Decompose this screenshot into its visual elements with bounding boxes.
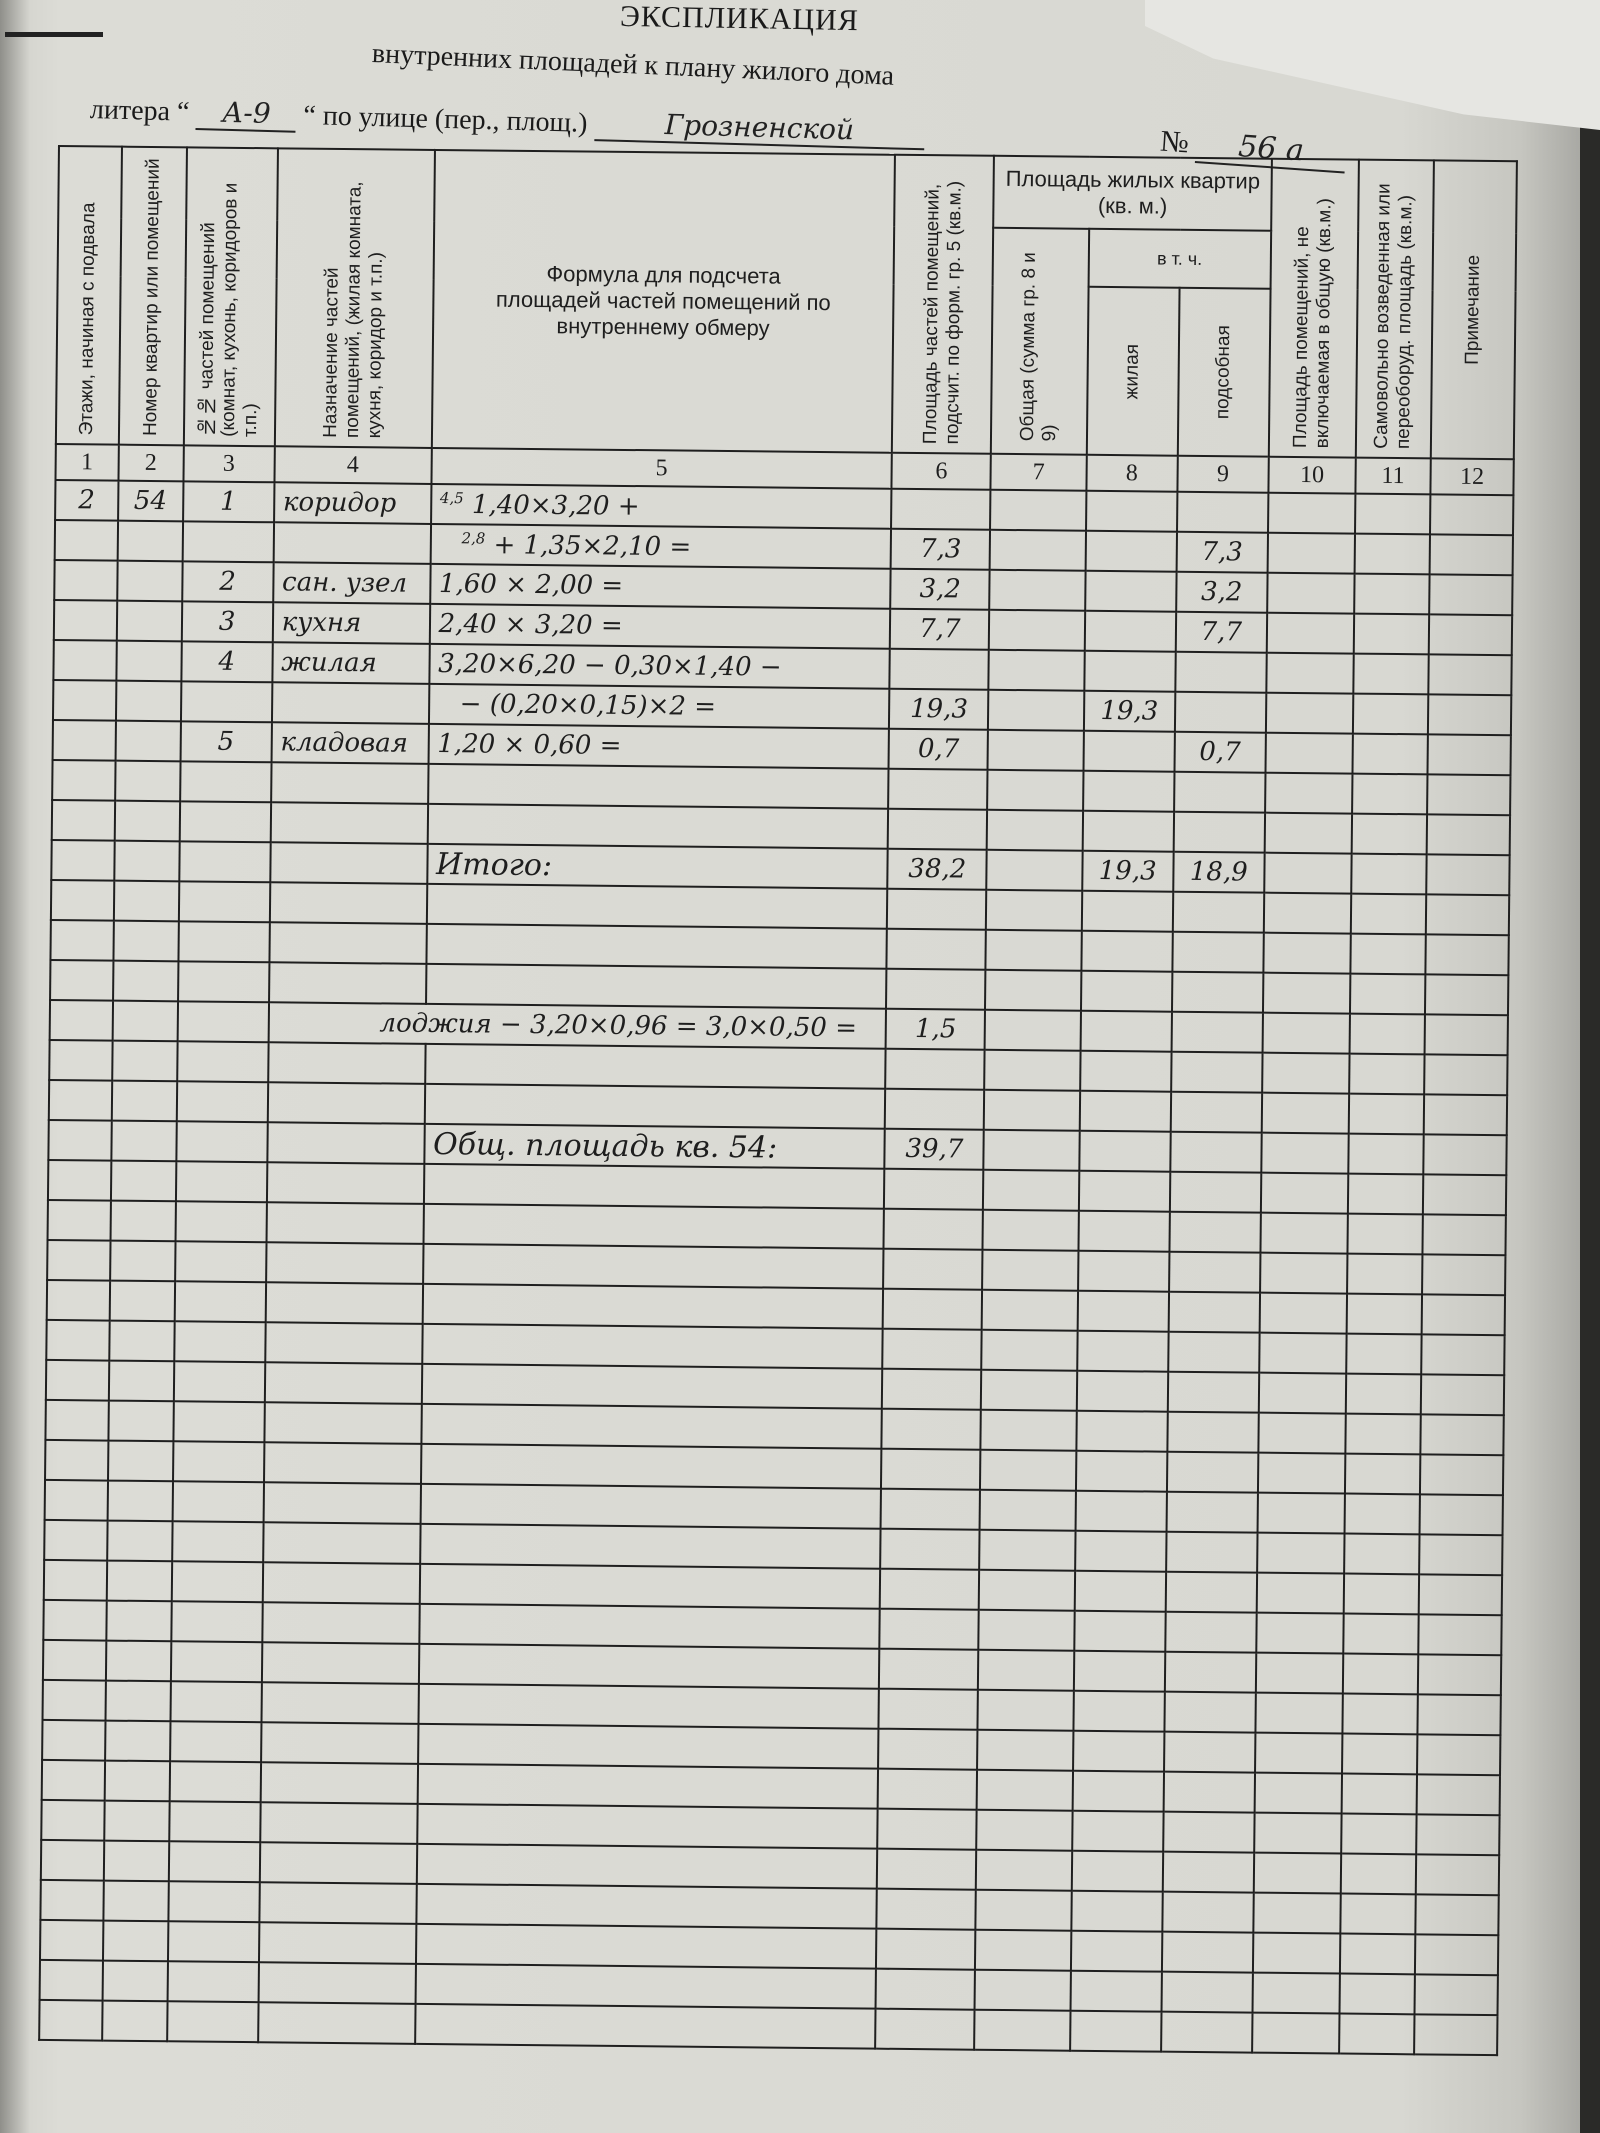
street-label: “ по улице (пер., площ.): [303, 100, 588, 139]
header-total: Общая (сумма гр. 8 и 9): [991, 228, 1089, 455]
auxiliary-cell: 3,2: [1176, 572, 1268, 613]
part-cell: 3: [181, 601, 273, 642]
part-cell: 4: [181, 641, 273, 682]
living-cell: [1085, 571, 1177, 612]
living-cell: [1084, 651, 1176, 692]
col-number: 4: [274, 446, 431, 484]
street-value: Грозненской: [594, 106, 925, 150]
area-cell: 0,7: [889, 729, 989, 770]
col-number: 3: [183, 445, 274, 482]
area-cell: 7,7: [890, 609, 990, 650]
header-apartment: Номер квартир или помещений: [119, 147, 187, 446]
auxiliary-cell: 7,7: [1176, 612, 1268, 653]
header-floor: Этажи, начиная с подвала: [56, 146, 122, 445]
purpose-cell: коридор: [274, 482, 431, 524]
header-not-included: Площадь помещений, не включаемая в общую…: [1269, 159, 1359, 458]
purpose-cell: кладовая: [271, 722, 428, 764]
header-living: жилая: [1086, 287, 1179, 456]
part-cell: 1: [183, 481, 275, 522]
col-number: 6: [892, 453, 992, 490]
col-number: 5: [431, 448, 892, 489]
total-auxiliary: 18,9: [1173, 852, 1265, 893]
col-number: 7: [991, 454, 1087, 491]
auxiliary-cell: 7,3: [1176, 532, 1268, 573]
col-number: 10: [1268, 457, 1355, 494]
purpose-cell: жилая: [272, 642, 429, 684]
formula-cell: 1,20 × 0,60 =: [428, 724, 889, 769]
formula-cell: 2,40 × 3,20 =: [429, 604, 890, 649]
header-auxiliary: подсобная: [1178, 288, 1271, 457]
col-number: 9: [1177, 456, 1268, 493]
formula-cell: 2,8 + 1,35×2,10 =: [430, 524, 891, 569]
total-living: 19,3: [1082, 851, 1174, 892]
total-label: Итого:: [427, 844, 888, 889]
overall-area-value: 39,7: [885, 1129, 985, 1170]
header-unauthorized: Самовольно возведенная или переоборуд. п…: [1356, 160, 1434, 459]
header-purpose: Назначение частей помещений, (жилая комн…: [275, 148, 435, 448]
number-label: №: [1159, 125, 1190, 160]
auxiliary-cell: [1175, 692, 1267, 733]
folded-paper-corner: [1145, 0, 1600, 130]
formula-cell: 3,20×6,20 − 0,30×1,40 −: [429, 644, 890, 689]
floor-cell: 2: [55, 480, 118, 521]
area-cell: 19,3: [889, 689, 989, 730]
header-area-parts: Площадь частей помещений, подсчит. по фо…: [892, 155, 994, 454]
header-part-number: №№ частей помещений (комнат, кухонь, кор…: [183, 147, 277, 446]
overall-area-label: Общ. площадь кв. 54:: [424, 1124, 885, 1169]
col-number: 12: [1430, 458, 1513, 495]
purpose-cell: сан. узел: [273, 562, 430, 604]
litera-line: литера “ А-9 “ по улице (пер., площ.) Гр…: [90, 92, 925, 150]
part-cell: 5: [180, 721, 272, 762]
area-cell: 7,3: [891, 529, 991, 570]
apartment-cell: 54: [118, 481, 183, 522]
litera-label: литера “: [90, 94, 190, 128]
litera-value: А-9: [196, 95, 297, 133]
header-note: Примечание: [1431, 160, 1517, 459]
formula-cell: 4,5 1,40×3,20 +: [431, 484, 892, 529]
living-cell: [1084, 611, 1176, 652]
explication-table: Этажи, начиная с подвала Номер квартир и…: [38, 145, 1518, 2056]
living-cell: [1086, 491, 1178, 532]
document-title: ЭКСПЛИКАЦИЯ: [620, 0, 859, 38]
col-number: 11: [1355, 458, 1430, 495]
total-area: 38,2: [888, 849, 988, 890]
auxiliary-cell: [1177, 492, 1269, 533]
formula-cell: 1,60 × 2,00 =: [430, 564, 891, 609]
auxiliary-cell: 0,7: [1174, 732, 1266, 773]
living-cell: [1085, 531, 1177, 572]
scanned-page: ЭКСПЛИКАЦИЯ внутренних площадей к плану …: [0, 0, 1580, 2133]
header-formula: Формула для подсчета площадей частей пом…: [431, 150, 895, 453]
area-cell: 3,2: [890, 569, 990, 610]
margin-mark: [5, 32, 103, 37]
col-number: 2: [118, 445, 183, 482]
loggia-area: 1,5: [886, 1009, 986, 1050]
document-subtitle: внутренних площадей к плану жилого дома: [371, 38, 894, 93]
area-cell: [890, 649, 990, 690]
formula-cell: − (0,20×0,15)×2 =: [429, 684, 890, 729]
living-cell: 19,3: [1084, 691, 1176, 732]
auxiliary-cell: [1175, 652, 1267, 693]
col-number: 8: [1086, 455, 1177, 492]
header-including: в т. ч.: [1088, 229, 1271, 289]
header-living-area-group: Площадь жилых квартир (кв. м.): [994, 156, 1272, 231]
living-cell: [1083, 731, 1175, 772]
col-number: 1: [55, 444, 118, 481]
part-cell: 2: [182, 561, 274, 602]
area-cell: [891, 489, 991, 530]
purpose-cell: кухня: [272, 602, 429, 644]
loggia-formula: лоджия − 3,20×0,96 = 3,0×0,50 =: [268, 1002, 886, 1048]
